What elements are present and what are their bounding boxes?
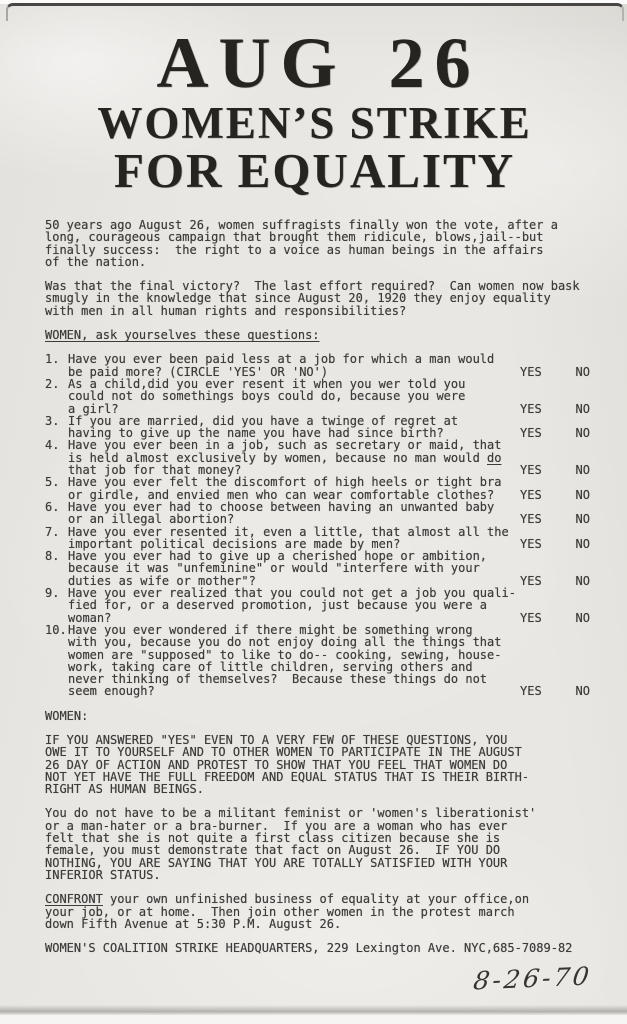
question-number: 7.	[45, 526, 68, 538]
question-text: Have you ever been paid less at a job fo…	[68, 353, 494, 378]
question-text: Have you ever realized that you could no…	[68, 587, 516, 624]
underlined-word: do	[487, 451, 501, 465]
no-option: NO	[576, 513, 590, 525]
question-number: 6.	[45, 501, 68, 513]
question-row: 1.Have you ever been paid less at a job …	[45, 353, 590, 378]
no-option: NO	[576, 366, 590, 378]
yes-option: YES	[520, 403, 542, 415]
question-answer-options: YESNO	[520, 427, 590, 439]
question-text: Have you ever wondered if there might be…	[68, 624, 501, 698]
intro-paragraph-1: 50 years ago August 26, women suffragist…	[45, 219, 590, 268]
headline-line2: WOMEN’S STRIKE	[0, 100, 627, 147]
yes-option: YES	[520, 513, 542, 525]
question-answer-options: YESNO	[520, 489, 590, 501]
question-answer-options: YESNO	[520, 538, 590, 550]
question-answer-options: YESNO	[520, 464, 590, 476]
question-text: As a child,did you ever resent it when y…	[68, 378, 465, 415]
yes-option: YES	[520, 366, 542, 378]
question-text: Have you ever resented it, even a little…	[68, 526, 509, 551]
question-answer-options: YESNO	[520, 366, 590, 378]
not-militant-paragraph: You do not have to be a militant feminis…	[45, 807, 590, 881]
question-text: Have you ever had to give up a cherished…	[68, 550, 487, 587]
question-row: 10.Have you ever wondered if there might…	[45, 624, 590, 698]
headline-date: AUG 26	[0, 26, 627, 100]
question-number: 8.	[45, 550, 68, 562]
question-row: 2.As a child,did you ever resent it when…	[45, 378, 590, 415]
question-row: 3.If you are married, did you have a twi…	[45, 415, 590, 440]
no-option: NO	[576, 612, 590, 624]
no-option: NO	[576, 489, 590, 501]
question-number: 5.	[45, 476, 68, 488]
headline-line3: FOR EQUALITY	[0, 145, 627, 196]
yes-option: YES	[520, 685, 542, 697]
question-number: 2.	[45, 378, 68, 390]
questions-heading: WOMEN, ask yourselves these questions:	[45, 329, 590, 341]
question-text: If you are married, did you have a twing…	[68, 415, 458, 440]
question-answer-options: YESNO	[520, 612, 590, 624]
no-option: NO	[576, 575, 590, 587]
questions-list: 1.Have you ever been paid less at a job …	[45, 353, 590, 697]
yes-option: YES	[520, 612, 542, 624]
question-answer-options: YESNO	[520, 575, 590, 587]
paper-top-edge	[6, 3, 624, 21]
question-number: 10.	[45, 624, 68, 636]
confront-paragraph: CONFRONT your own unfinished business of…	[45, 893, 590, 930]
question-number: 4.	[45, 439, 68, 451]
yes-option: YES	[520, 464, 542, 476]
yes-option: YES	[520, 489, 542, 501]
question-row: 6.Have you ever had to choose between ha…	[45, 501, 590, 526]
yes-option: YES	[520, 427, 542, 439]
women-salutation: WOMEN:	[45, 710, 590, 722]
question-answer-options: YESNO	[520, 685, 590, 697]
headline: AUG 26 WOMEN’S STRIKE FOR EQUALITY	[0, 26, 627, 196]
no-option: NO	[576, 538, 590, 550]
intro-paragraph-2: Was that the final victory? The last eff…	[45, 280, 590, 317]
question-number: 3.	[45, 415, 68, 427]
scanner-background-bottom	[0, 1015, 627, 1024]
question-row: 5.Have you ever felt the discomfort of h…	[45, 476, 590, 501]
footer-address: WOMEN'S COALITION STRIKE HEADQUARTERS, 2…	[45, 942, 590, 954]
no-option: NO	[576, 685, 590, 697]
yes-option: YES	[520, 538, 542, 550]
flyer-scan: AUG 26 WOMEN’S STRIKE FOR EQUALITY 50 ye…	[0, 0, 627, 1024]
yes-option: YES	[520, 575, 542, 587]
no-option: NO	[576, 403, 590, 415]
question-row: 7.Have you ever resented it, even a litt…	[45, 526, 590, 551]
question-row: 4.Have you ever been in a job, such as s…	[45, 439, 590, 476]
question-answer-options: YESNO	[520, 513, 590, 525]
answered-yes-paragraph: IF YOU ANSWERED "YES" EVEN TO A VERY FEW…	[45, 734, 590, 795]
question-text: Have you ever been in a job, such as sec…	[68, 439, 501, 476]
question-row: 9.Have you ever realized that you could …	[45, 587, 590, 624]
no-option: NO	[576, 464, 590, 476]
question-text: Have you ever felt the discomfort of hig…	[68, 476, 501, 501]
question-answer-options: YESNO	[520, 403, 590, 415]
question-number: 1.	[45, 353, 68, 365]
no-option: NO	[576, 427, 590, 439]
handwritten-date: 8-26-70	[472, 961, 594, 995]
question-number: 9.	[45, 587, 68, 599]
flyer-body: 50 years ago August 26, women suffragist…	[45, 219, 590, 966]
question-row: 8.Have you ever had to give up a cherish…	[45, 550, 590, 587]
question-text: Have you ever had to choose between havi…	[68, 501, 494, 526]
confront-rest: your own unfinished business of equality…	[45, 892, 529, 931]
